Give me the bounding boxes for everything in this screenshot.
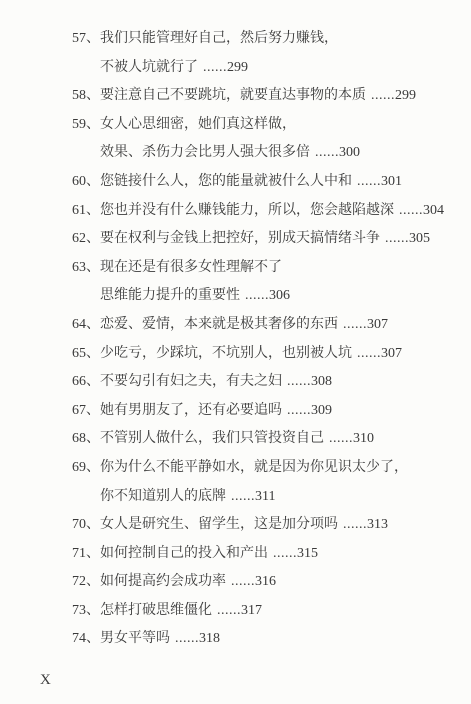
toc-entry-line: 你不知道别人的底牌......311 [72,483,462,512]
folio-page-number: X [40,670,51,690]
dot-leader: ...... [217,603,241,618]
toc-entry-line: 58、要注意自己不要跳坑，就要直达事物的本质......299 [72,82,462,111]
toc-entry: 69、你为什么不能平静如水，就是因为你见识太少了，你不知道别人的底牌......… [72,454,462,511]
entry-title-text: 怎样打破思维僵化 [100,603,212,618]
dot-leader: ...... [357,346,381,361]
toc-entry-line: 62、要在权利与金钱上把控好，别成天搞情绪斗争......305 [72,225,462,254]
toc-entry-line: 68、不管别人做什么，我们只管投资自己......310 [72,425,462,454]
entry-page-number: 299 [395,88,416,103]
entry-page-number: 299 [227,60,248,75]
toc-entry-line: 66、不要勾引有妇之夫，有夫之妇......308 [72,368,462,397]
entry-page-number: 307 [367,317,388,332]
entry-title-text: 她有男朋友了，还有必要追吗 [100,403,282,418]
toc-entry-line: 63、现在还是有很多女性理解不了 [72,254,462,283]
entry-title-text: 男女平等吗 [100,631,170,646]
entry-title-text: 女人心思细密，她们真这样做， [100,117,296,132]
entry-page-number: 300 [339,145,360,160]
toc-entry: 65、少吃亏，少踩坑，不坑别人，也别被人坑......307 [72,340,462,369]
toc-entry-line: 思维能力提升的重要性......306 [72,282,462,311]
toc-entry-line: 72、如何提高约会成功率......316 [72,568,462,597]
entry-title-text: 要注意自己不要跳坑，就要直达事物的本质 [100,88,366,103]
entry-title-text: 效果、杀伤力会比男人强大很多倍 [100,145,310,160]
entry-page-number: 308 [311,374,332,389]
entry-page-number: 304 [423,203,444,218]
toc-entry-line: 69、你为什么不能平静如水，就是因为你见识太少了， [72,454,462,483]
dot-leader: ...... [273,546,297,561]
entry-title-text: 不被人坑就行了 [100,60,198,75]
entry-page-number: 317 [241,603,262,618]
toc-entry: 58、要注意自己不要跳坑，就要直达事物的本质......299 [72,82,462,111]
entry-number: 60、 [72,174,100,189]
dot-leader: ...... [329,431,353,446]
dot-leader: ...... [231,489,255,504]
entry-page-number: 315 [297,546,318,561]
toc-entry: 74、男女平等吗......318 [72,625,462,654]
entry-title-text: 女人是研究生、留学生，这是加分项吗 [100,517,338,532]
toc-entry: 62、要在权利与金钱上把控好，别成天搞情绪斗争......305 [72,225,462,254]
dot-leader: ...... [287,374,311,389]
entry-title-text: 恋爱、爱情，本来就是极其奢侈的东西 [100,317,338,332]
toc-entry-line: 67、她有男朋友了，还有必要追吗......309 [72,397,462,426]
toc-entry: 68、不管别人做什么，我们只管投资自己......310 [72,425,462,454]
dot-leader: ...... [343,517,367,532]
dot-leader: ...... [315,145,339,160]
entry-page-number: 310 [353,431,374,446]
entry-title-text: 我们只能管理好自己，然后努力赚钱， [100,31,338,46]
toc-entry-line: 73、怎样打破思维僵化......317 [72,597,462,626]
toc-entry: 66、不要勾引有妇之夫，有夫之妇......308 [72,368,462,397]
toc-entry: 73、怎样打破思维僵化......317 [72,597,462,626]
toc-entry-line: 64、恋爱、爱情，本来就是极其奢侈的东西......307 [72,311,462,340]
toc-entry-line: 不被人坑就行了......299 [72,54,462,83]
entry-number: 70、 [72,517,100,532]
toc-entry-list: 57、我们只能管理好自己，然后努力赚钱，不被人坑就行了......29958、要… [72,25,462,654]
toc-entry-line: 65、少吃亏，少踩坑，不坑别人，也别被人坑......307 [72,340,462,369]
toc-entry: 72、如何提高约会成功率......316 [72,568,462,597]
dot-leader: ...... [231,574,255,589]
entry-number: 58、 [72,88,100,103]
dot-leader: ...... [287,403,311,418]
entry-page-number: 318 [199,631,220,646]
entry-number: 67、 [72,403,100,418]
entry-number: 71、 [72,546,100,561]
dot-leader: ...... [371,88,395,103]
toc-entry-line: 效果、杀伤力会比男人强大很多倍......300 [72,139,462,168]
toc-entry: 63、现在还是有很多女性理解不了思维能力提升的重要性......306 [72,254,462,311]
entry-page-number: 305 [409,231,430,246]
entry-title-text: 如何提高约会成功率 [100,574,226,589]
entry-number: 62、 [72,231,100,246]
entry-number: 72、 [72,574,100,589]
entry-page-number: 301 [381,174,402,189]
entry-number: 61、 [72,203,100,218]
entry-title-text: 少吃亏，少踩坑，不坑别人，也别被人坑 [100,346,352,361]
entry-title-text: 您链接什么人，您的能量就被什么人中和 [100,174,352,189]
entry-number: 65、 [72,346,100,361]
entry-page-number: 316 [255,574,276,589]
toc-entry: 71、如何控制自己的投入和产出......315 [72,540,462,569]
entry-number: 64、 [72,317,100,332]
book-toc-page: 57、我们只能管理好自己，然后努力赚钱，不被人坑就行了......29958、要… [0,0,471,704]
toc-entry-line: 74、男女平等吗......318 [72,625,462,654]
toc-entry: 59、女人心思细密，她们真这样做，效果、杀伤力会比男人强大很多倍......30… [72,111,462,168]
toc-entry-line: 70、女人是研究生、留学生，这是加分项吗......313 [72,511,462,540]
toc-entry: 70、女人是研究生、留学生，这是加分项吗......313 [72,511,462,540]
toc-entry-line: 71、如何控制自己的投入和产出......315 [72,540,462,569]
entry-page-number: 307 [381,346,402,361]
entry-title-text: 思维能力提升的重要性 [100,288,240,303]
dot-leader: ...... [343,317,367,332]
entry-page-number: 309 [311,403,332,418]
entry-number: 63、 [72,260,100,275]
entry-title-text: 如何控制自己的投入和产出 [100,546,268,561]
toc-entry: 61、您也并没有什么赚钱能力，所以，您会越陷越深......304 [72,197,462,226]
toc-entry-line: 59、女人心思细密，她们真这样做， [72,111,462,140]
entry-page-number: 311 [255,489,275,504]
dot-leader: ...... [385,231,409,246]
dot-leader: ...... [399,203,423,218]
entry-title-text: 你为什么不能平静如水，就是因为你见识太少了， [100,460,408,475]
entry-title-text: 你不知道别人的底牌 [100,489,226,504]
entry-number: 66、 [72,374,100,389]
toc-entry: 60、您链接什么人，您的能量就被什么人中和......301 [72,168,462,197]
toc-entry: 64、恋爱、爱情，本来就是极其奢侈的东西......307 [72,311,462,340]
dot-leader: ...... [203,60,227,75]
entry-title-text: 您也并没有什么赚钱能力，所以，您会越陷越深 [100,203,394,218]
entry-title-text: 不要勾引有妇之夫，有夫之妇 [100,374,282,389]
toc-entry-line: 61、您也并没有什么赚钱能力，所以，您会越陷越深......304 [72,197,462,226]
toc-entry: 67、她有男朋友了，还有必要追吗......309 [72,397,462,426]
entry-number: 59、 [72,117,100,132]
entry-number: 73、 [72,603,100,618]
toc-entry: 57、我们只能管理好自己，然后努力赚钱，不被人坑就行了......299 [72,25,462,82]
entry-title-text: 现在还是有很多女性理解不了 [100,260,282,275]
entry-number: 68、 [72,431,100,446]
dot-leader: ...... [357,174,381,189]
entry-title-text: 不管别人做什么，我们只管投资自己 [100,431,324,446]
entry-number: 74、 [72,631,100,646]
dot-leader: ...... [175,631,199,646]
toc-entry-line: 57、我们只能管理好自己，然后努力赚钱， [72,25,462,54]
dot-leader: ...... [245,288,269,303]
entry-number: 57、 [72,31,100,46]
entry-title-text: 要在权利与金钱上把控好，别成天搞情绪斗争 [100,231,380,246]
entry-page-number: 306 [269,288,290,303]
entry-number: 69、 [72,460,100,475]
entry-page-number: 313 [367,517,388,532]
toc-entry-line: 60、您链接什么人，您的能量就被什么人中和......301 [72,168,462,197]
